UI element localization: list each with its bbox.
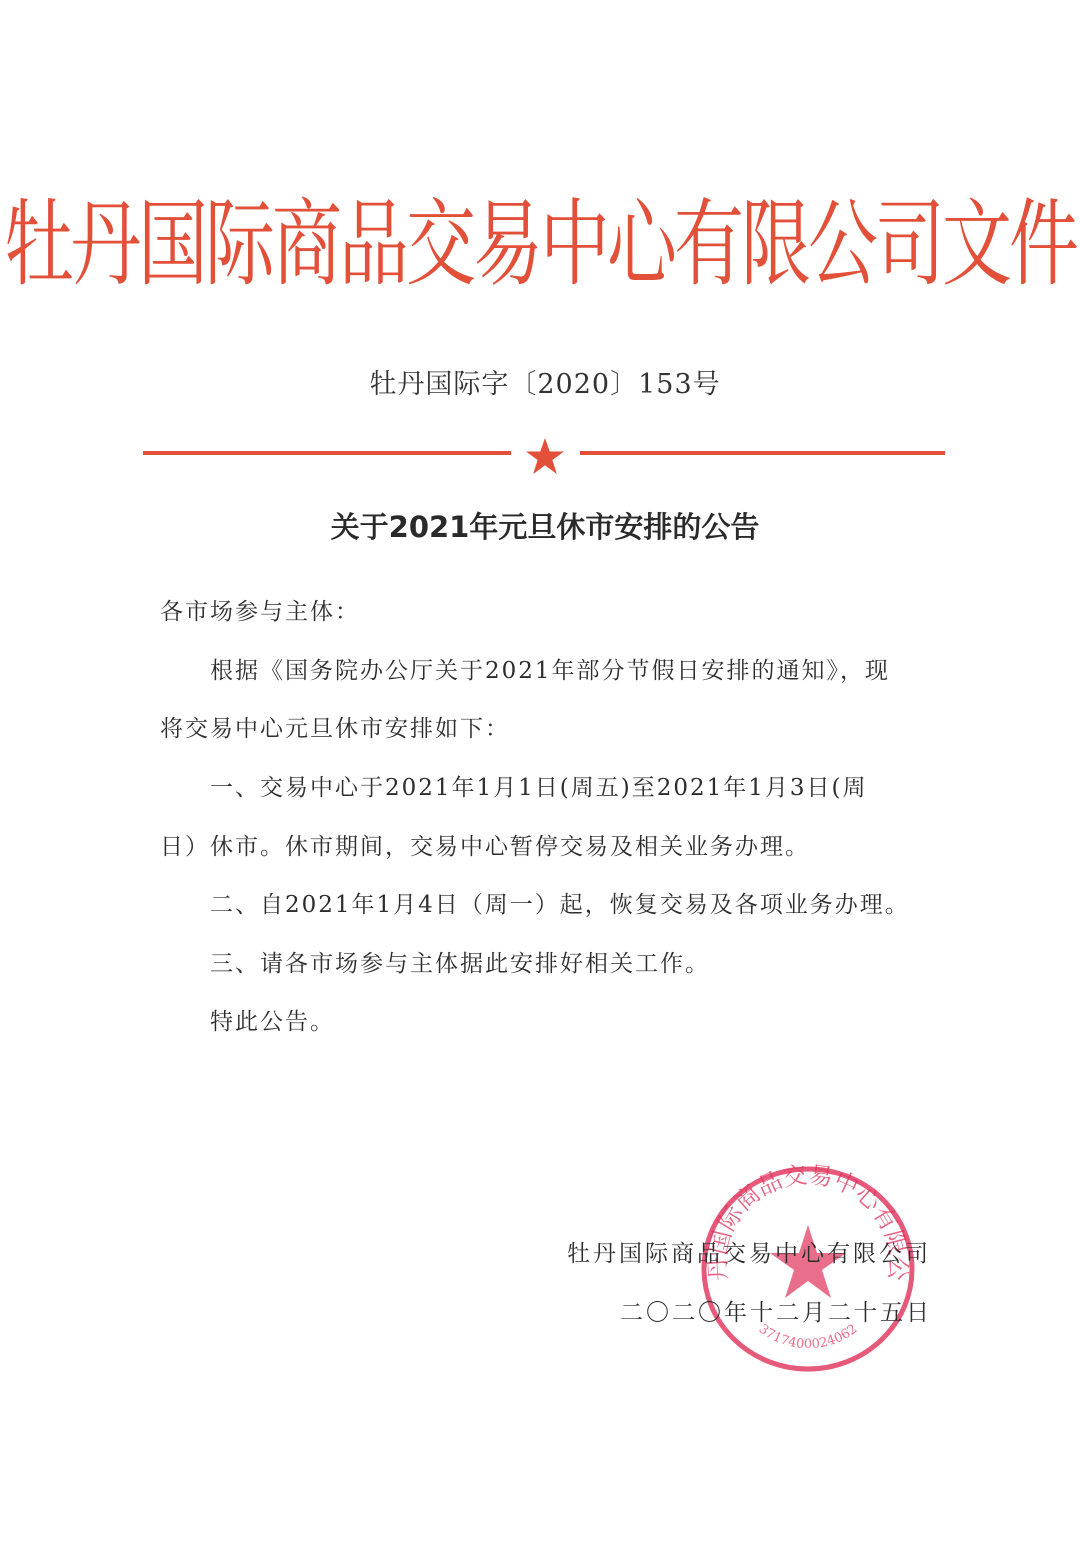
red-divider <box>143 447 945 477</box>
intro-line-2: 将交易中心元旦休市安排如下： <box>160 710 510 743</box>
item-1-line-2: 日）休市。休市期间，交易中心暂停交易及相关业务办理。 <box>160 828 810 861</box>
company-seal: 牡丹国际商品交易中心有限公司 3717400024062 <box>698 1163 918 1375</box>
star-icon <box>525 437 565 475</box>
divider-line-right <box>580 451 945 455</box>
item-3: 三、请各市场参与主体据此安排好相关工作。 <box>210 945 710 978</box>
signature-company: 牡丹国际商品交易中心有限公司 <box>567 1235 931 1268</box>
item-2: 二、自2021年1月4日（周一）起，恢复交易及各项业务办理。 <box>210 886 910 919</box>
divider-line-left <box>143 451 511 455</box>
document-number: 牡丹国际字〔2020〕153号 <box>0 362 1080 401</box>
item-1-line-1: 一、交易中心于2021年1月1日(周五)至2021年1月3日(周 <box>210 769 868 802</box>
closing: 特此公告。 <box>210 1003 335 1036</box>
notice-title: 关于2021年元旦休市安排的公告 <box>0 505 1080 546</box>
signature-date: 二〇二〇年十二月二十五日 <box>620 1294 932 1327</box>
intro-line-1: 根据《国务院办公厅关于2021年部分节假日安排的通知》，现 <box>210 652 890 685</box>
salutation: 各市场参与主体： <box>160 593 360 626</box>
document-header: 牡丹国际商品交易中心有限公司文件 <box>0 190 1080 298</box>
